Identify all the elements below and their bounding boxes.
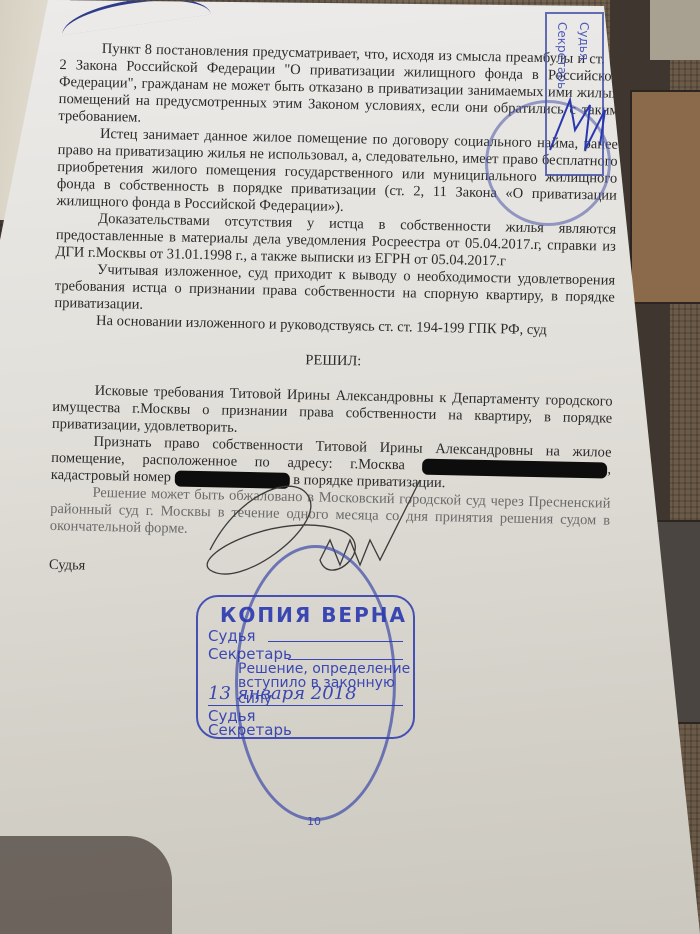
stamp-date: 13 января 2018 bbox=[208, 683, 357, 704]
stamp-rule bbox=[208, 705, 403, 706]
stamp-rule bbox=[288, 659, 403, 660]
finger-shadow bbox=[0, 836, 172, 934]
seal-number: 10 bbox=[307, 815, 321, 828]
stamp-title: КОПИЯ ВЕРНА bbox=[220, 603, 407, 627]
stamp-secretary-label: Секретарь bbox=[208, 721, 292, 739]
stamp-rule bbox=[268, 641, 403, 642]
redacted-address bbox=[422, 458, 607, 478]
certified-copy-stamp: КОПИЯ ВЕРНА Судья Секретарь Решение, опр… bbox=[196, 595, 415, 739]
top-signature bbox=[540, 90, 620, 170]
stamp-judge-label: Судья bbox=[208, 627, 256, 645]
page-edge bbox=[59, 0, 211, 35]
carpet-tile bbox=[630, 90, 700, 304]
carpet-pattern bbox=[650, 0, 700, 60]
top-stamp-secretary: Секретарь bbox=[555, 22, 569, 89]
decision-heading: РЕШИЛ: bbox=[53, 347, 613, 376]
document-page: Пункт 8 постановления предусматривает, ч… bbox=[0, 0, 700, 934]
top-stamp-judge: Судья bbox=[577, 22, 591, 60]
